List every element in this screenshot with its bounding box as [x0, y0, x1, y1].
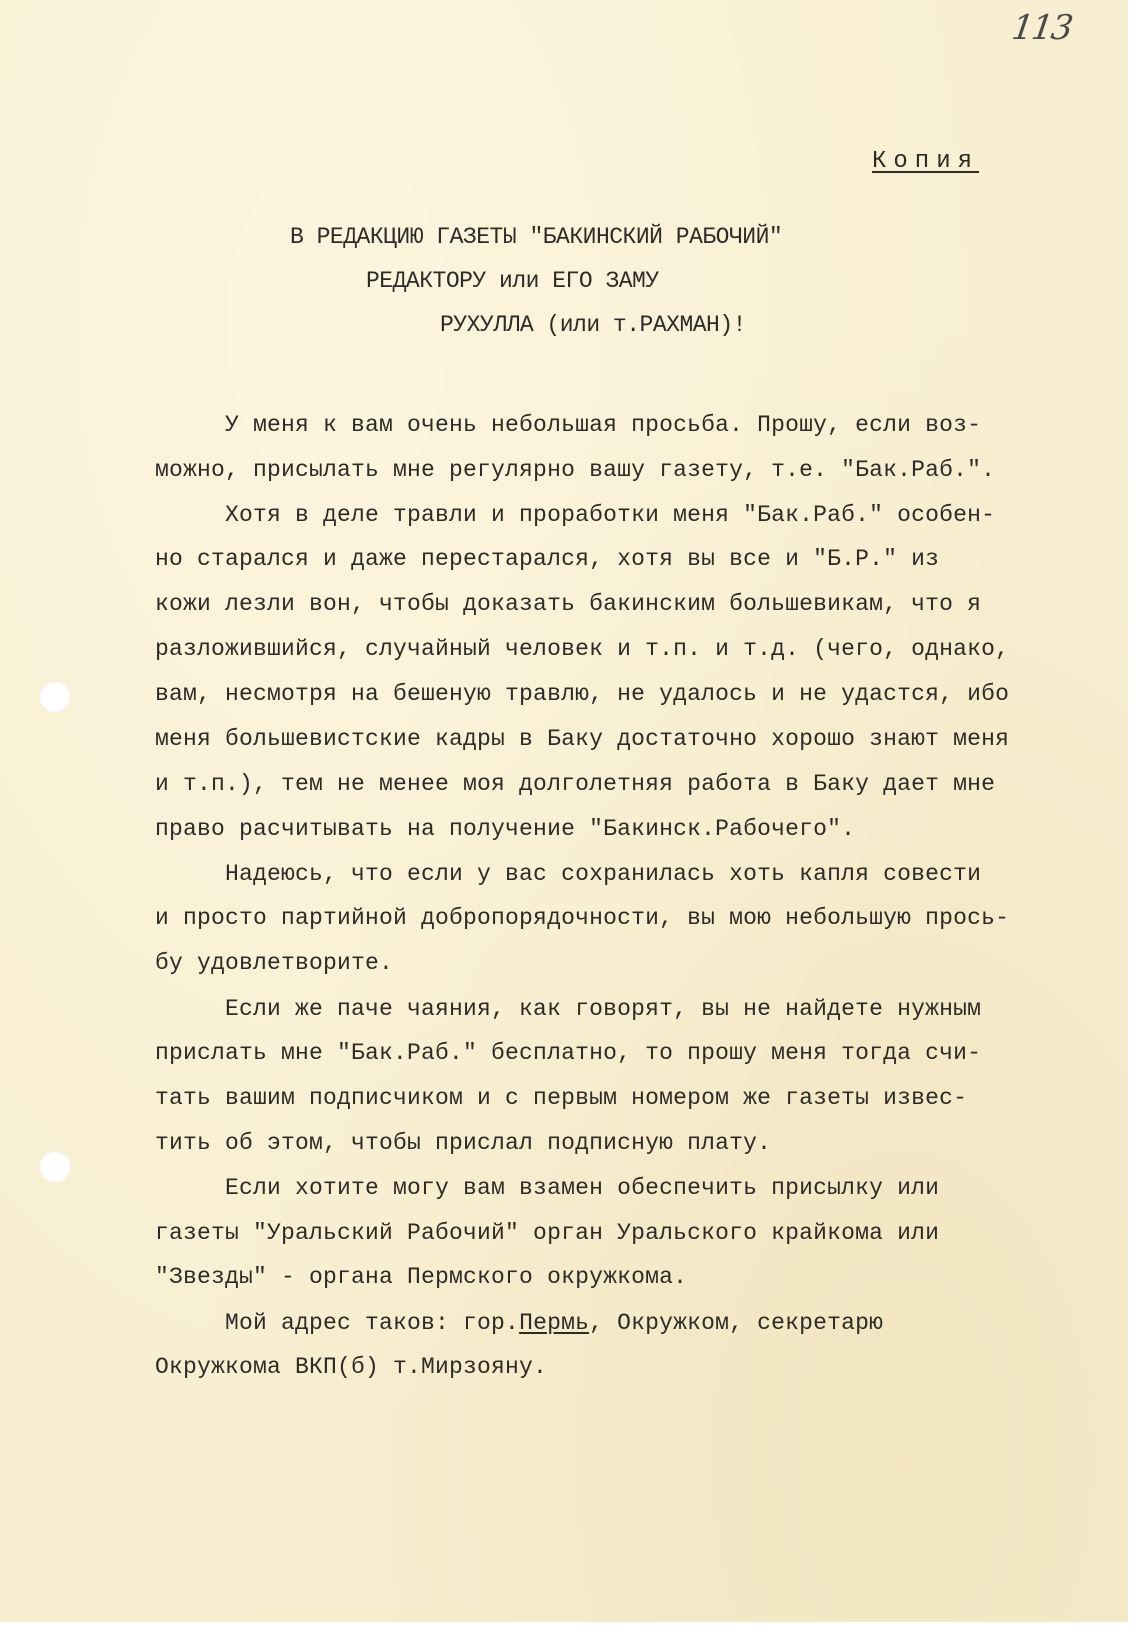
- body-line: тать вашим подписчиком и с первым номеро…: [155, 1085, 967, 1111]
- body-line: Хотя в деле травли и проработки меня "Ба…: [155, 502, 995, 528]
- body-line: разложившийся, случайный человек и т.п. …: [155, 636, 1009, 662]
- body-line: У меня к вам очень небольшая просьба. Пр…: [155, 412, 981, 438]
- address-line-2: РЕДАКТОРУ или ЕГО ЗАМУ: [366, 268, 659, 294]
- closing-suffix: , Окружком, секретарю: [589, 1310, 883, 1336]
- body-line: газеты "Уральский Рабочий" орган Уральск…: [155, 1220, 939, 1246]
- body-line: можно, присылать мне регулярно вашу газе…: [155, 457, 995, 483]
- address-line-3: РУХУЛЛА (или т.РАХМАН)!: [440, 312, 746, 338]
- handwritten-page-number: 113: [1009, 8, 1074, 48]
- body-line: меня большевистские кадры в Баку достато…: [155, 726, 1009, 752]
- closing-prefix: Мой адрес таков: гор.: [155, 1310, 519, 1336]
- body-line: Если хотите могу вам взамен обеспечить п…: [155, 1175, 939, 1201]
- city-underlined: Пермь: [519, 1310, 589, 1336]
- copy-stamp: Копия: [872, 148, 979, 175]
- body-line: прислать мне "Бак.Раб." бесплатно, то пр…: [155, 1040, 981, 1066]
- document-page: 113 Копия В РЕДАКЦИЮ ГАЗЕТЫ "БАКИНСКИЙ Р…: [0, 0, 1128, 1622]
- body-line: и т.п.), тем не менее моя долголетняя ра…: [155, 771, 995, 797]
- body-line: право расчитывать на получение "Бакинск.…: [155, 816, 855, 842]
- body-line: но старался и даже перестарался, хотя вы…: [155, 546, 939, 572]
- body-line: бу удовлетворите.: [155, 950, 393, 976]
- punch-hole: [39, 681, 71, 713]
- punch-hole: [39, 1151, 71, 1183]
- address-line-1: В РЕДАКЦИЮ ГАЗЕТЫ "БАКИНСКИЙ РАБОЧИЙ": [290, 224, 782, 250]
- body-line: Надеюсь, что если у вас сохранилась хоть…: [155, 861, 981, 887]
- body-line: вам, несмотря на бешеную травлю, не удал…: [155, 681, 1009, 707]
- body-line: тить об этом, чтобы прислал подписную пл…: [155, 1130, 771, 1156]
- closing-line-1: Мой адрес таков: гор.Пермь, Окружком, се…: [155, 1310, 883, 1336]
- body-line: "Звезды" - органа Пермского окружкома.: [155, 1264, 687, 1290]
- body-line: Если же паче чаяния, как говорят, вы не …: [155, 996, 981, 1022]
- body-line: кожи лезли вон, чтобы доказать бакинским…: [155, 591, 981, 617]
- closing-line-2: Окружкома ВКП(б) т.Мирзояну.: [155, 1354, 547, 1380]
- body-line: и просто партийной добропорядочности, вы…: [155, 905, 1009, 931]
